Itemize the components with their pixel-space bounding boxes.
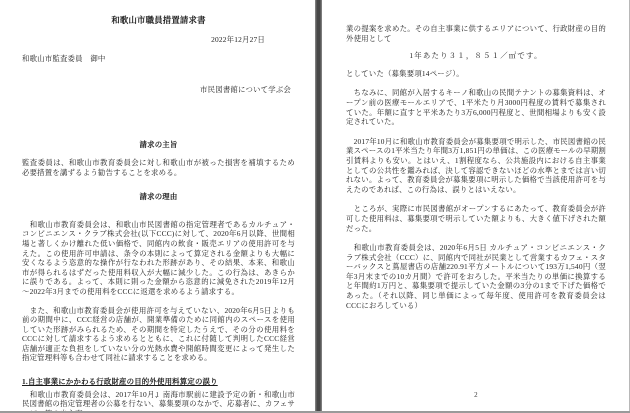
reason-paragraph-2: また、和歌山市教育委員会が使用許可を与えていない、2020年6月5日よりも前の期… <box>22 306 295 364</box>
reason-section-heading: 請求の理由 <box>22 192 295 202</box>
page-number-1: 1 <box>0 391 315 401</box>
claim-section-body: 監査委員は、和歌山市教育委員会に対し和歌山市が被った損害を補填するため必要措置を… <box>22 158 295 177</box>
document-date: 2022年12月27日 <box>22 35 295 45</box>
page-2: 業の提案を求めた。その自主事業に供するエリアについて、行政財産の目的外使用として… <box>322 0 630 413</box>
unit-price-quote: 1年あたり３１，８５１／㎡です。 <box>346 51 606 61</box>
unit-price-analysis-paragraph: 2017年10月に和歌山市教育委員会が募集要項で明示した、市民図書館の民業スペー… <box>346 137 606 195</box>
price-cut-paragraph: ところが、実際に市民図書館がオープンするにあたって、教育委員会が許可した使用料は… <box>346 204 606 233</box>
page-divider <box>315 0 322 413</box>
addressee-line: 和歌山市監査委員 御中 <box>22 54 295 64</box>
subsection-heading: 1.自主事業にかかわる行政財産の目的外使用料算定の誤り <box>22 377 295 387</box>
continued-paragraph-line-1: 業の提案を求めた。その自主事業に供するエリアについて、行政財産の目的外使用として <box>346 24 606 43</box>
continued-paragraph-line-3: としていた（募集要項14ページ）。 <box>346 69 606 79</box>
permission-detail-paragraph: 和歌山市教育委員会は、2020年6月5日 カルチュア・コンビニエンス・クラブ株式… <box>346 243 606 310</box>
page-number-2: 2 <box>322 391 630 401</box>
sender-line: 市民図書館について学ぶ会 <box>22 85 295 95</box>
reason-paragraph-1: 和歌山市教育委員会は、和歌山市民図書館の指定管理者であるカルチュア・コンビニエン… <box>22 220 295 297</box>
document-title: 和歌山市職員措置請求書 <box>22 16 295 26</box>
page-1: 和歌山市職員措置請求書 2022年12月27日 和歌山市監査委員 御中 市民図書… <box>0 0 315 413</box>
tenant-comparison-paragraph: ちなみに、同館が入居するキーノ和歌山の民間テナントの募集資料は、オープン前の医療… <box>346 88 606 126</box>
document-viewer: 和歌山市職員措置請求書 2022年12月27日 和歌山市監査委員 御中 市民図書… <box>0 0 630 413</box>
claim-section-heading: 請求の主旨 <box>22 140 295 150</box>
